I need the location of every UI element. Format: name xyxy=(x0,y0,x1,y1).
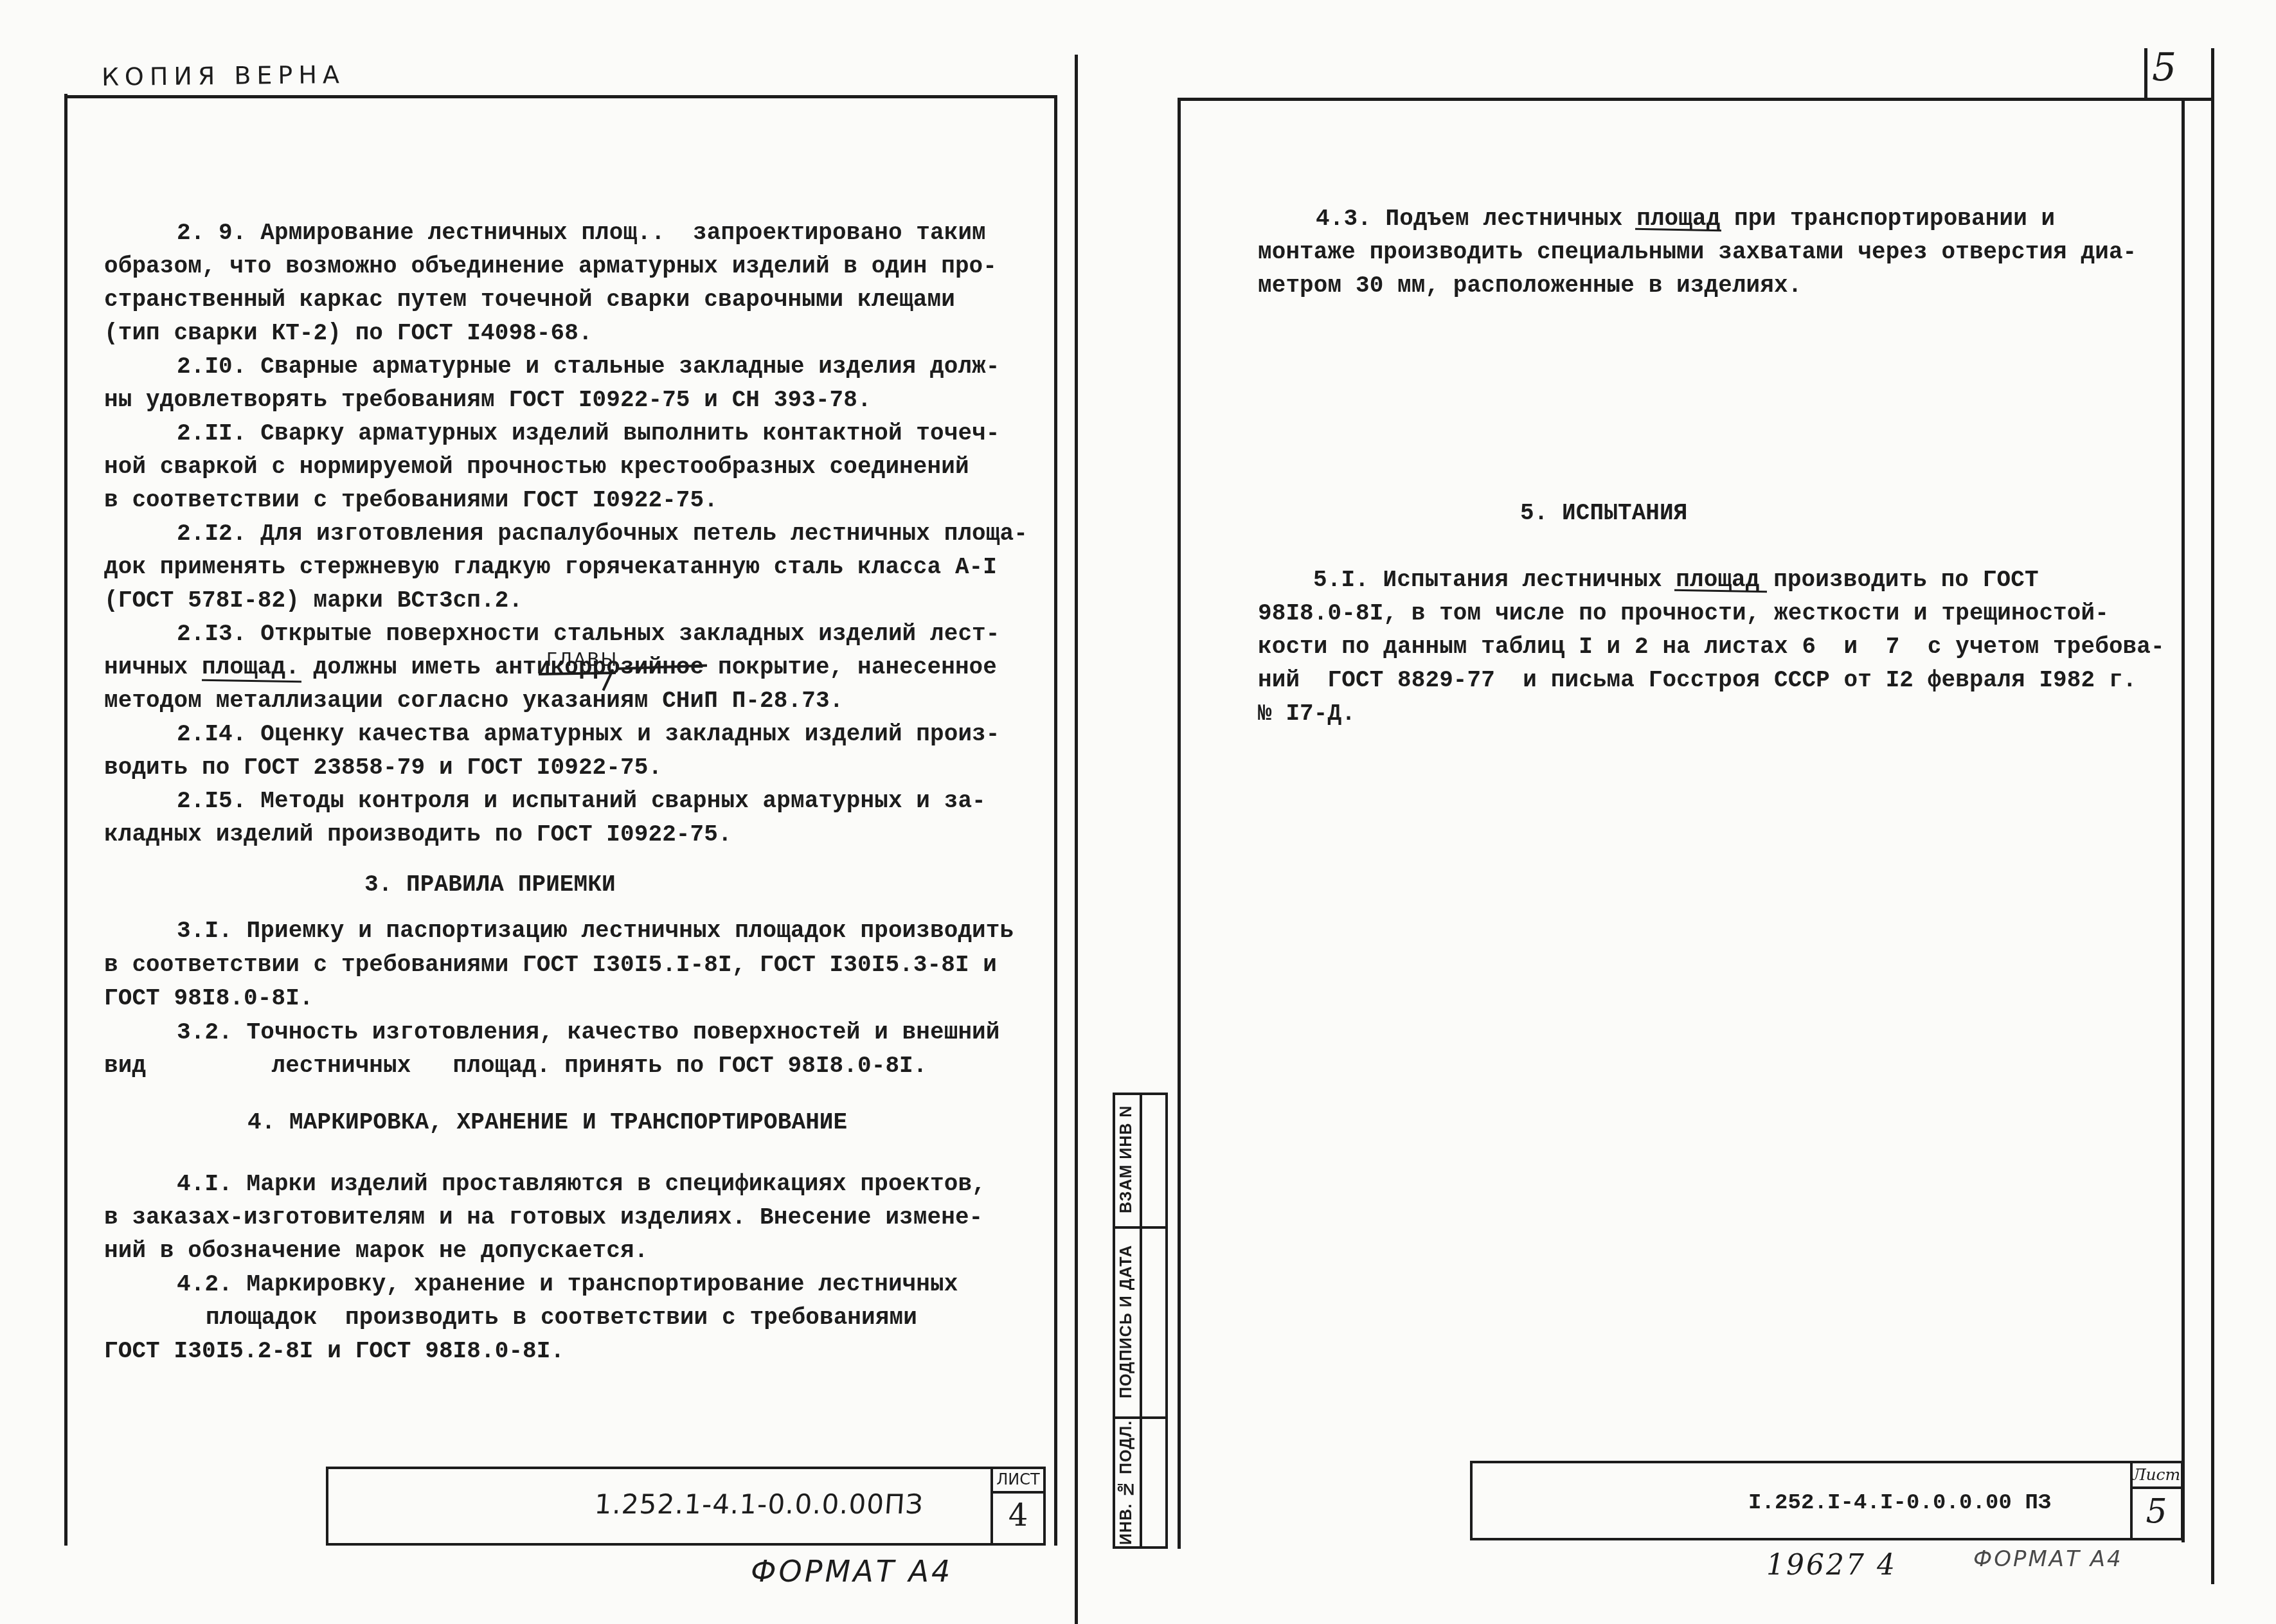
text-line: ГОСТ 98I8.0-8I. xyxy=(104,985,314,1012)
left-sheet-number: 4 xyxy=(990,1497,1046,1533)
right-sheet-label: Лист xyxy=(2130,1465,2183,1484)
text-line: ГОСТ I30I5.2-8I и ГОСТ 98I8.0-8I. xyxy=(104,1338,564,1365)
text-line: ной сваркой с нормируемой прочностью кре… xyxy=(104,454,969,481)
text-line: водить по ГОСТ 23858-79 и ГОСТ I0922-75. xyxy=(104,754,662,781)
text-line: в соответствии с требованиями ГОСТ I0922… xyxy=(104,487,718,514)
copy-correct-stamp: КОПИЯ ВЕРНА xyxy=(102,60,345,91)
text-line: 2.II. Сварку арматурных изделий выполнит… xyxy=(177,420,1000,447)
left-sheet-label: ЛИСТ xyxy=(990,1470,1046,1488)
text-line: 98I8.0-8I, в том числе по прочности, жес… xyxy=(1258,600,2109,627)
right-sheet-number: 5 xyxy=(2130,1492,2183,1531)
right-doc-number: I.252.I-4.I-0.0.0.00 ПЗ xyxy=(1748,1490,2052,1517)
text-line: 2.I0. Сварные арматурные и стальные закл… xyxy=(177,353,1000,380)
text-line: док применять стержневую гладкую горячек… xyxy=(104,554,997,581)
text-line: 4.I. Марки изделий проставляются в специ… xyxy=(177,1171,986,1198)
text-line: ний ГОСТ 8829-77 и письма Госстроя СССР … xyxy=(1258,667,2137,694)
text-line: (ГОСТ 578I-82) марки ВСт3сп.2. xyxy=(104,587,523,614)
handwritten-correction-note: ГЛАВЫ xyxy=(546,649,618,670)
text-line: методом металлизации согласно указаниям … xyxy=(104,688,843,715)
left-page-frame-left xyxy=(64,94,67,1546)
text-line: монтаже производить специальными захвата… xyxy=(1258,239,2137,266)
text-line: 3.I. Приемку и паспортизацию лестничных … xyxy=(177,918,1014,945)
right-page-frame-right-inner xyxy=(2182,98,2185,1542)
left-sheet-cell-divider xyxy=(990,1491,1046,1494)
text-line: № I7-Д. xyxy=(1258,700,1356,727)
page-number-handwritten: 5 xyxy=(2152,45,2176,90)
margin-label-podpis-data: ПОДПИСЬ И ДАТА xyxy=(1113,1226,1140,1416)
text-line: 2. 9. Армирование лестничных площ.. запр… xyxy=(177,220,986,247)
text-line: вид лестничных площад. принять по ГОСТ 9… xyxy=(104,1053,927,1080)
left-doc-number: 1.252.1-4.1-0.0.0.00ПЗ xyxy=(593,1488,924,1520)
section-heading-3: 3. ПРАВИЛА ПРИЕМКИ xyxy=(364,871,616,898)
text-line: площадок производить в соответствии с тр… xyxy=(206,1305,917,1332)
left-format-note: ФОРМАТ А4 xyxy=(751,1554,953,1589)
right-page-frame-right-outer xyxy=(2211,48,2214,1584)
right-sheet-cell-divider xyxy=(2130,1486,2183,1489)
text-line: 2.I5. Методы контроля и испытаний сварны… xyxy=(177,788,986,815)
text-line: кладных изделий производить по ГОСТ I092… xyxy=(104,821,732,848)
left-page-frame-top xyxy=(64,95,1057,98)
margin-label-vzam-inv: ВЗАМ ИНВ N xyxy=(1113,1093,1140,1226)
text-line: образом, что возможно объединение армату… xyxy=(104,253,997,280)
section-heading-5: 5. ИСПЫТАНИЯ xyxy=(1520,500,1687,527)
text-line: 2.I4. Оценку качества арматурных и закла… xyxy=(177,721,1000,748)
text-line: метром 30 мм, расположенные в изделиях. xyxy=(1258,272,1802,299)
text-line: 2.I2. Для изготовления распалубочных пет… xyxy=(177,521,1028,548)
section-heading-4: 4. МАРКИРОВКА, ХРАНЕНИЕ И ТРАНСПОРТИРОВА… xyxy=(247,1109,847,1136)
text-line: в заказах-изготовителям и на готовых изд… xyxy=(104,1204,983,1231)
text-line: 4.2. Маркировку, хранение и транспортиро… xyxy=(177,1271,958,1298)
right-format-note: ФОРМАТ А4 xyxy=(1973,1546,2123,1572)
text-line: 3.2. Точность изготовления, качество пов… xyxy=(177,1019,1000,1046)
margin-column-divider xyxy=(1140,1093,1142,1549)
right-page-frame-left xyxy=(1178,98,1181,1549)
text-line: ний в обозначение марок не допускается. xyxy=(104,1238,648,1265)
order-number-handwritten: 19627 4 xyxy=(1766,1549,1897,1582)
text-line: кости по данным таблиц I и 2 на листах 6… xyxy=(1258,634,2165,661)
margin-label-inv-podl: ИНВ. № ПОДЛ. xyxy=(1113,1416,1140,1549)
page-split-line xyxy=(1075,55,1078,1624)
sheet-number-box-line xyxy=(2144,48,2147,100)
text-line: ны удовлетворять требованиям ГОСТ I0922-… xyxy=(104,387,872,414)
left-page-frame-right xyxy=(1054,95,1057,1546)
scanned-gost-document: { "document": { "stamp_top_left": "КОПИЯ… xyxy=(0,0,2276,1624)
text-line: в соответствии с требованиями ГОСТ I30I5… xyxy=(104,952,997,979)
right-page-frame-top xyxy=(1178,98,2214,101)
text-line: 2.I3. Открытые поверхности стальных закл… xyxy=(177,621,1000,648)
text-line: странственный каркас путем точечной свар… xyxy=(104,287,955,314)
text-line: (тип сварки КТ-2) по ГОСТ I4098-68. xyxy=(104,320,593,347)
